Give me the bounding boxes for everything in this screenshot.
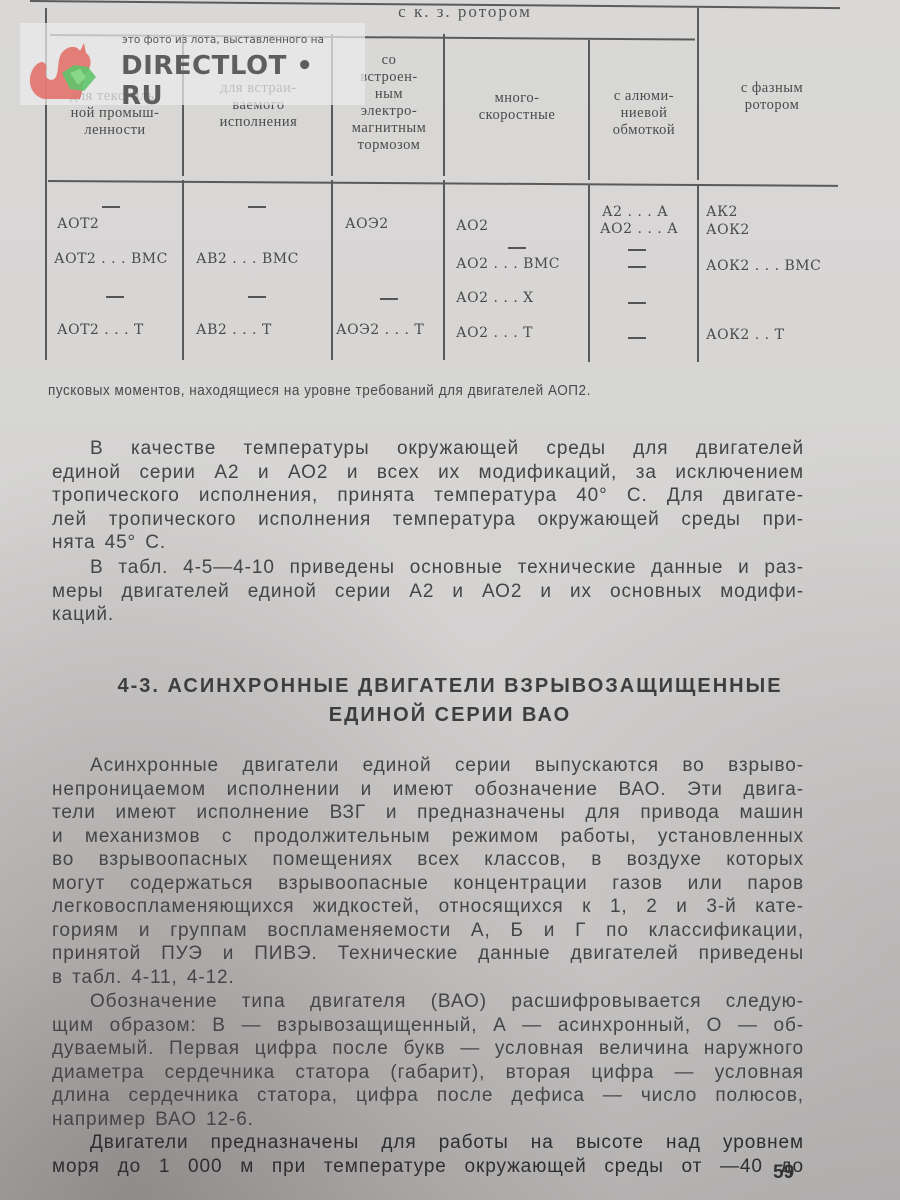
paragraph-vao-description: Асинхронные двигатели единой серии выпус… <box>52 754 804 989</box>
table-cell: АОК2 . . Т <box>706 327 784 343</box>
paragraph-type-designation: Обозначение типа двигателя (ВАО) расшифр… <box>52 990 804 1131</box>
table-cell: АОТ2 <box>57 216 99 232</box>
table-cell-dash <box>628 302 646 304</box>
table-cell-dash <box>508 247 526 249</box>
paragraph-ambient-temperature: В качестве температуры окружающей среды … <box>52 437 804 555</box>
table-cell: АВ2 . . . Т <box>196 322 272 338</box>
table-cell: АОЭ2 . . . Т <box>336 322 424 338</box>
section-number: 4-3. <box>117 675 159 697</box>
table-cell: АОТ2 . . . Т <box>57 322 144 338</box>
page-number: 59 <box>773 1162 794 1184</box>
watermark-banner: это фото из лота, выставленного на DIREC… <box>20 23 365 105</box>
table-cell: АВ2 . . . ВМС <box>196 251 299 267</box>
table-group-caption: с к. з. ротором <box>300 2 630 22</box>
table-cell: АОК2 . . . ВМС <box>706 258 821 274</box>
header-multi-speed: много- скоростные <box>447 90 587 124</box>
squirrel-with-gem-icon <box>26 37 116 107</box>
table-cell: АК2 <box>706 204 738 220</box>
table-footnote: пусковых моментов, находящиеся на уровне… <box>48 383 820 399</box>
table-cell-dash <box>628 249 646 251</box>
table-cell: АО2 . . . ВМС <box>456 256 560 272</box>
section-heading: 4-3. АСИНХРОННЫЕ ДВИГАТЕЛИ ВЗРЫВОЗАЩИЩЕН… <box>0 672 900 701</box>
table-cell-dash <box>628 266 646 268</box>
table-cell: АО2 . . . А <box>600 221 678 237</box>
table-cell-dash <box>380 298 398 300</box>
header-wound-rotor: с фазным ротором <box>702 80 842 114</box>
table-cell-dash <box>628 337 646 339</box>
table-cell-dash <box>248 206 266 208</box>
watermark-subtitle: это фото из лота, выставленного на <box>122 34 324 46</box>
table-cell-dash <box>106 296 124 298</box>
header-aluminum-winding: с алюми- ниевой обмоткой <box>592 88 696 139</box>
table-cell: А2 . . . А <box>602 204 668 220</box>
table-cell-dash <box>248 296 266 298</box>
table-cell-dash <box>102 206 120 208</box>
table-cell: АОК2 <box>706 222 750 238</box>
table-cell: АОЭ2 <box>345 216 389 232</box>
watermark-title: DIRECTLOT • RU <box>121 51 365 111</box>
paragraph-table-reference: В табл. 4-5—4-10 приведены основные техн… <box>52 556 804 627</box>
table-cell: АО2 . . . Х <box>456 290 534 306</box>
table-cell: АО2 <box>456 218 489 234</box>
section-title-line-1: АСИНХРОННЫЕ ДВИГАТЕЛИ ВЗРЫВОЗАЩИЩЕННЫЕ <box>167 675 782 697</box>
table-cell: АОТ2 . . . ВМС <box>54 251 168 267</box>
paragraph-operating-conditions: Двигатели предназначены для работы на вы… <box>52 1131 804 1178</box>
section-heading-line-2: ЕДИНОЙ СЕРИИ ВАО <box>0 701 900 730</box>
table-cell: АО2 . . . Т <box>456 325 533 341</box>
